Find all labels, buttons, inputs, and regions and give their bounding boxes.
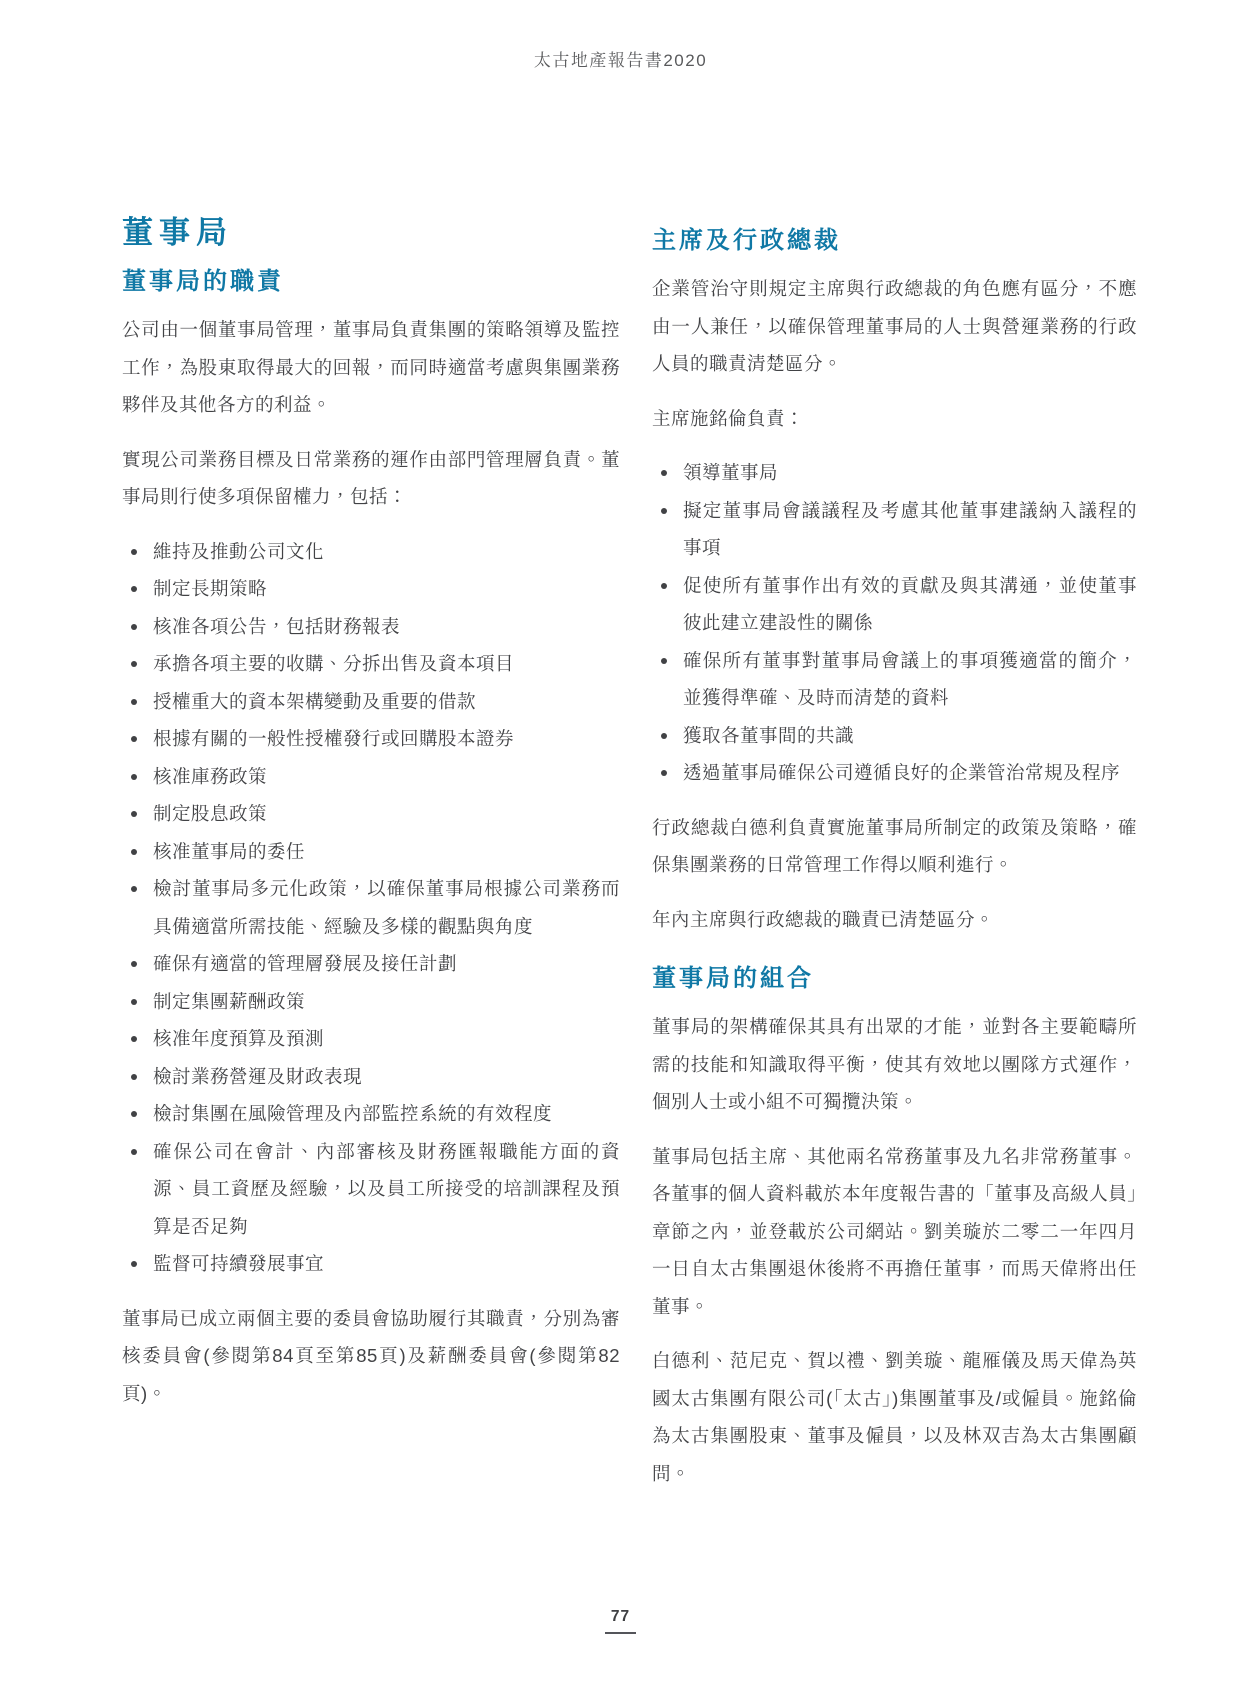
list-item: 制定長期策略 [122, 570, 620, 608]
section-heading-board-composition: 董事局的組合 [652, 964, 1137, 994]
page-number: 77 [605, 1608, 636, 1634]
list-item: 承擔各項主要的收購、分拆出售及資本項目 [122, 645, 620, 683]
list-item: 檢討董事局多元化政策，以確保董事局根據公司業務而具備適當所需技能、經驗及多樣的觀… [122, 870, 620, 945]
list-item: 制定股息政策 [122, 795, 620, 833]
list-item: 核准董事局的委任 [122, 833, 620, 871]
chairman-duties-list: 領導董事局 擬定董事局會議議程及考慮其他董事建議納入議程的事項 促使所有董事作出… [652, 454, 1137, 792]
page-footer: 77 [0, 1608, 1241, 1634]
section-heading-board-role: 董事局的職責 [122, 267, 620, 297]
list-item: 核准各項公告，包括財務報表 [122, 608, 620, 646]
paragraph: 年內主席與行政總裁的職責已清楚區分。 [652, 901, 1137, 939]
list-item: 確保公司在會計、內部審核及財務匯報職能方面的資源、員工資歷及經驗，以及員工所接受… [122, 1133, 620, 1246]
paragraph: 董事局已成立兩個主要的委員會協助履行其職責，分別為審核委員會(參閱第84頁至第8… [122, 1300, 620, 1413]
list-item: 授權重大的資本架構變動及重要的借款 [122, 683, 620, 721]
list-item: 維持及推動公司文化 [122, 533, 620, 571]
left-column: 董事局 董事局的職責 公司由一個董事局管理，董事局負責集團的策略領導及監控工作，… [122, 214, 620, 1412]
list-item: 擬定董事局會議議程及考慮其他董事建議納入議程的事項 [652, 492, 1137, 567]
list-item: 檢討集團在風險管理及內部監控系統的有效程度 [122, 1095, 620, 1133]
list-item: 根據有關的一般性授權發行或回購股本證券 [122, 720, 620, 758]
paragraph: 實現公司業務目標及日常業務的運作由部門管理層負責。董事局則行使多項保留權力，包括… [122, 441, 620, 516]
list-item: 透過董事局確保公司遵循良好的企業管治常規及程序 [652, 754, 1137, 792]
list-item: 確保有適當的管理層發展及接任計劃 [122, 945, 620, 983]
paragraph: 董事局的架構確保其具有出眾的才能，並對各主要範疇所需的技能和知識取得平衡，使其有… [652, 1008, 1137, 1121]
page-title: 董事局 [122, 214, 620, 251]
paragraph: 行政總裁白德利負責實施董事局所制定的政策及策略，確保集團業務的日常管理工作得以順… [652, 809, 1137, 884]
list-item: 領導董事局 [652, 454, 1137, 492]
paragraph: 企業管治守則規定主席與行政總裁的角色應有區分，不應由一人兼任，以確保管理董事局的… [652, 270, 1137, 383]
report-page: 太古地產報告書2020 董事局 董事局的職責 公司由一個董事局管理，董事局負責集… [0, 0, 1241, 1684]
paragraph: 公司由一個董事局管理，董事局負責集團的策略領導及監控工作，為股東取得最大的回報，… [122, 311, 620, 424]
right-column: 主席及行政總裁 企業管治守則規定主席與行政總裁的角色應有區分，不應由一人兼任，以… [652, 226, 1137, 1492]
board-reserved-powers-list: 維持及推動公司文化 制定長期策略 核准各項公告，包括財務報表 承擔各項主要的收購… [122, 533, 620, 1283]
list-item: 確保所有董事對董事局會議上的事項獲適當的簡介，並獲得準確、及時而清楚的資料 [652, 642, 1137, 717]
paragraph: 白德利、范尼克、賀以禮、劉美璇、龍雁儀及馬天偉為英國太古集團有限公司(「太古」)… [652, 1342, 1137, 1492]
section-heading-chairman-ceo: 主席及行政總裁 [652, 226, 1137, 256]
running-header: 太古地產報告書2020 [0, 46, 1241, 71]
list-item: 監督可持續發展事宜 [122, 1245, 620, 1283]
list-item: 制定集團薪酬政策 [122, 983, 620, 1021]
paragraph: 董事局包括主席、其他兩名常務董事及九名非常務董事。各董事的個人資料載於本年度報告… [652, 1138, 1137, 1326]
paragraph: 主席施銘倫負責： [652, 400, 1137, 438]
list-item: 核准年度預算及預測 [122, 1020, 620, 1058]
list-item: 促使所有董事作出有效的貢獻及與其溝通，並使董事彼此建立建設性的關係 [652, 567, 1137, 642]
list-item: 檢討業務營運及財政表現 [122, 1058, 620, 1096]
list-item: 獲取各董事間的共識 [652, 717, 1137, 755]
list-item: 核准庫務政策 [122, 758, 620, 796]
